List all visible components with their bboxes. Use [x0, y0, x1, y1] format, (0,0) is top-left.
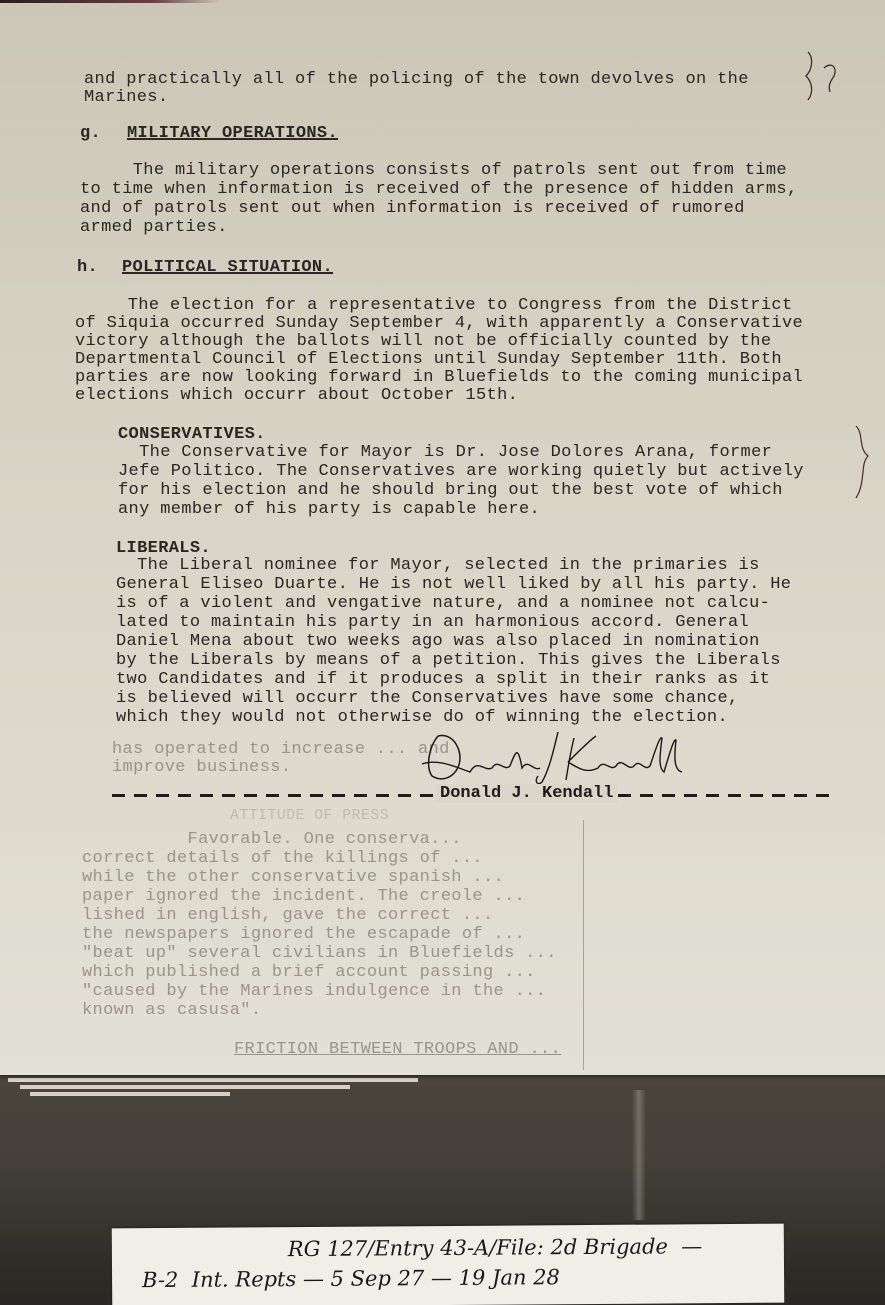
- page-top-edge: [0, 0, 220, 3]
- handwritten-bracket-icon: [850, 422, 880, 502]
- bleed-through-para-line-3: while the other conservative spanish ...: [82, 868, 504, 887]
- bleed-through-para-line-1: Favorable. One conserva...: [82, 830, 462, 849]
- conservatives-line-1: The Conservative for Mayor is Dr. Jose D…: [118, 443, 772, 462]
- liberals-line-4: lated to maintain his party in an harmon…: [116, 613, 749, 632]
- section-g-label: g.: [80, 124, 101, 143]
- bleed-through-para-line-5: lished in english, gave the correct ...: [82, 906, 494, 925]
- liberals-line-9: which they would not otherwise do of win…: [116, 708, 728, 727]
- page-fold-line: [583, 820, 584, 1070]
- liberals-line-1: The Liberal nominee for Mayor, selected …: [116, 556, 760, 575]
- bleed-through-para-line-2: correct details of the killings of ...: [82, 849, 483, 868]
- archive-label-line-2: B-2 Int. Repts — 5 Sep 27 — 19 Jan 28: [142, 1265, 560, 1292]
- section-h-line-6: elections which occurr about October 15t…: [75, 386, 518, 405]
- archive-label-card: RG 127/Entry 43-A/File: 2d Brigade — B-2…: [112, 1224, 785, 1305]
- conservatives-line-3: for his election and he should bring out…: [118, 481, 783, 500]
- underlying-page-edge: [20, 1085, 350, 1089]
- bleed-through-para-line-8: which published a brief account passing …: [82, 963, 536, 982]
- bleed-through-heading: ATTITUDE OF PRESS: [230, 806, 389, 825]
- section-h-line-1: The election for a representative to Con…: [75, 296, 793, 315]
- liberals-line-7: two Candidates and if it produces a spli…: [116, 670, 770, 689]
- bleed-through-para-line-4: paper ignored the incident. The creole .…: [82, 887, 525, 906]
- underlying-page-edge: [30, 1092, 230, 1096]
- bleed-through-para-line-6: the newspapers ignored the escapade of .…: [82, 925, 525, 944]
- section-h-title: POLITICAL SITUATION.: [122, 258, 333, 277]
- section-h-line-2: of Siquia occurred Sunday September 4, w…: [75, 314, 803, 333]
- background-light-streak: [632, 1090, 646, 1220]
- conservatives-line-4: any member of his party is capable here.: [118, 500, 540, 519]
- liberals-line-3: is of a violent and vengative nature, an…: [116, 594, 770, 613]
- bleed-through-bottom-heading: FRICTION BETWEEN TROOPS AND ...: [234, 1040, 561, 1059]
- handwritten-question-mark-icon: [800, 48, 845, 104]
- conservatives-heading: CONSERVATIVES.: [118, 425, 266, 444]
- handwritten-signature: [418, 728, 708, 788]
- section-g-title: MILITARY OPERATIONS.: [127, 124, 338, 143]
- liberals-line-5: Daniel Mena about two weeks ago was also…: [116, 632, 760, 651]
- typed-document-page: and practically all of the policing of t…: [0, 0, 885, 1075]
- bleed-through-line-2: improve business.: [112, 758, 291, 777]
- liberals-line-6: by the Liberals by means of a petition. …: [116, 651, 781, 670]
- section-g-line-1: The military operations consists of patr…: [80, 161, 787, 180]
- liberals-line-2: General Eliseo Duarte. He is not well li…: [116, 575, 791, 594]
- conservatives-line-2: Jefe Politico. The Conservatives are wor…: [118, 462, 804, 481]
- section-h-line-4: Departmental Council of Elections until …: [75, 350, 782, 369]
- bleed-through-para-line-7: "beat up" several civilians in Bluefield…: [82, 944, 557, 963]
- continuation-line-1: and practically all of the policing of t…: [84, 70, 749, 89]
- archive-label-line-1: RG 127/Entry 43-A/File: 2d Brigade —: [288, 1234, 703, 1261]
- continuation-line-2: Marines.: [84, 88, 168, 107]
- typed-signer-name: Donald J. Kendall: [436, 784, 617, 803]
- section-h-line-5: parties are now looking forward in Bluef…: [75, 368, 803, 387]
- section-h-line-3: victory although the ballots will not be…: [75, 332, 771, 351]
- bleed-through-line-1: has operated to increase ... and: [112, 740, 450, 759]
- section-g-line-4: armed parties.: [80, 218, 228, 237]
- underlying-page-edge: [8, 1078, 418, 1082]
- bleed-through-para-line-10: known as casusa".: [82, 1001, 261, 1020]
- bleed-through-para-line-9: "caused by the Marines indulgence in the…: [82, 982, 546, 1001]
- section-h-label: h.: [77, 258, 98, 277]
- liberals-line-8: is believed will occurr the Conservative…: [116, 689, 739, 708]
- section-g-line-2: to time when information is received of …: [80, 180, 798, 199]
- section-g-line-3: and of patrols sent out when information…: [80, 199, 745, 218]
